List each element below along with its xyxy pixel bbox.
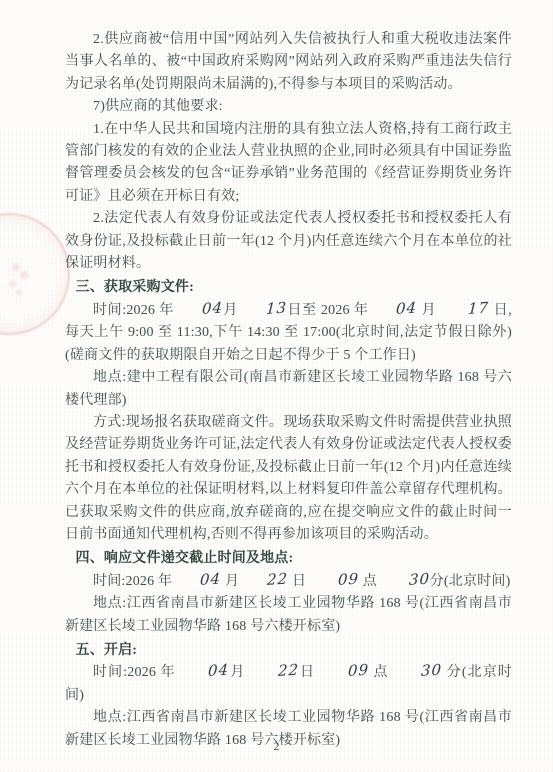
- handwritten-value: 09: [319, 663, 369, 680]
- text-run: 地点:建中工程有限公司(南昌市新建区长堎工业园物华路 168 号六楼代理部): [65, 370, 512, 407]
- text-run: 月: [223, 303, 238, 318]
- text-run: 地点:江西省南昌市新建区长堎工业园物华路 168 号(江西省南昌市新建区长堎工业…: [65, 596, 512, 633]
- paragraph: 时间:2026 年04 月22 日 09 点 30分(北京时间): [65, 571, 512, 593]
- text-run: 时间:2026 年: [93, 574, 172, 589]
- seal-smudge: [0, 241, 44, 307]
- red-seal-stamp: [0, 213, 70, 335]
- text-run: 月: [221, 574, 239, 589]
- handwritten-value: 04: [368, 301, 418, 318]
- text-run: 时间:2026 年: [93, 665, 180, 680]
- text-run: 日: [299, 665, 320, 680]
- text-run: 时间:2026 年: [93, 303, 174, 318]
- handwritten-value: 22: [239, 571, 289, 588]
- text-run: 方式:现场报名获取磋商文件。现场获取采购文件时需提供营业执照及经营证券期货业务许…: [65, 415, 512, 542]
- text-run: 四、响应文件递交截止时间及地点:: [76, 551, 294, 566]
- text-run: 三、获取采购文件:: [76, 280, 194, 295]
- paragraph: 2.供应商被“信用中国”网站列入失信被执行人和重大税收违法案件当事人名单的、被“…: [65, 29, 512, 96]
- paragraph: 方式:现场报名获取磋商文件。现场获取采购文件时需提供营业执照及经营证券期货业务许…: [65, 412, 512, 546]
- text-run: 点: [359, 574, 381, 589]
- paragraph: 地点:江西省南昌市新建区长堎工业园物华路 168 号(江西省南昌市新建区长堎工业…: [65, 593, 512, 638]
- paragraph: 2.法定代表人有效身份证或法定代表人授权委托书和授权委托人有效身份证,及投标截止…: [65, 208, 512, 275]
- handwritten-value: 13: [238, 301, 288, 318]
- handwritten-value: 09: [310, 571, 360, 588]
- text-run: 月: [229, 665, 250, 680]
- paragraph: 时间:2026 年 04月 22日 09 点 30 分(北京时间): [65, 662, 512, 707]
- section-heading: 三、获取采购文件:: [65, 277, 512, 299]
- paragraph: 时间:2026 年04月13日至 2026 年04 月 17 日,每天上午 9:…: [65, 300, 512, 367]
- text-run: 点: [369, 665, 393, 680]
- text-run: 7)供应商的其他要求:: [93, 99, 223, 114]
- text-run: 五、开启:: [76, 643, 138, 658]
- handwritten-value: 04: [172, 571, 222, 588]
- text-run: 日至 2026 年: [287, 303, 368, 318]
- text-run: 2.供应商被“信用中国”网站列入失信被执行人和重大税收违法案件当事人名单的、被“…: [65, 32, 512, 92]
- text-run: 分(北京时间): [430, 574, 511, 589]
- paragraph: 1.在中华人民共和国境内注册的具有独立法人资格,持有工商行政主管部门核发的有效的…: [65, 119, 512, 209]
- document-body: 2.供应商被“信用中国”网站列入失信被执行人和重大税收违法案件当事人名单的、被“…: [65, 29, 512, 752]
- section-heading: 五、开启:: [65, 640, 512, 662]
- text-run: 1.在中华人民共和国境内注册的具有独立法人资格,持有工商行政主管部门核发的有效的…: [65, 122, 512, 204]
- text-run: 日: [288, 574, 310, 589]
- handwritten-value: 04: [174, 301, 224, 318]
- page-number: 2: [0, 739, 553, 754]
- text-run: 月: [418, 303, 441, 318]
- handwritten-value: 22: [250, 663, 300, 680]
- document-page: 2.供应商被“信用中国”网站列入失信被执行人和重大税收违法案件当事人名单的、被“…: [0, 0, 553, 772]
- paragraph: 7)供应商的其他要求:: [65, 96, 512, 118]
- text-run: 2.法定代表人有效身份证或法定代表人授权委托书和授权委托人有效身份证,及投标截止…: [65, 211, 512, 271]
- handwritten-value: 17: [440, 301, 490, 318]
- handwritten-value: 30: [393, 663, 443, 680]
- handwritten-value: 30: [380, 571, 430, 588]
- section-heading: 四、响应文件递交截止时间及地点:: [65, 548, 512, 570]
- paragraph: 地点:建中工程有限公司(南昌市新建区长堎工业园物华路 168 号六楼代理部): [65, 367, 512, 412]
- handwritten-value: 04: [180, 663, 230, 680]
